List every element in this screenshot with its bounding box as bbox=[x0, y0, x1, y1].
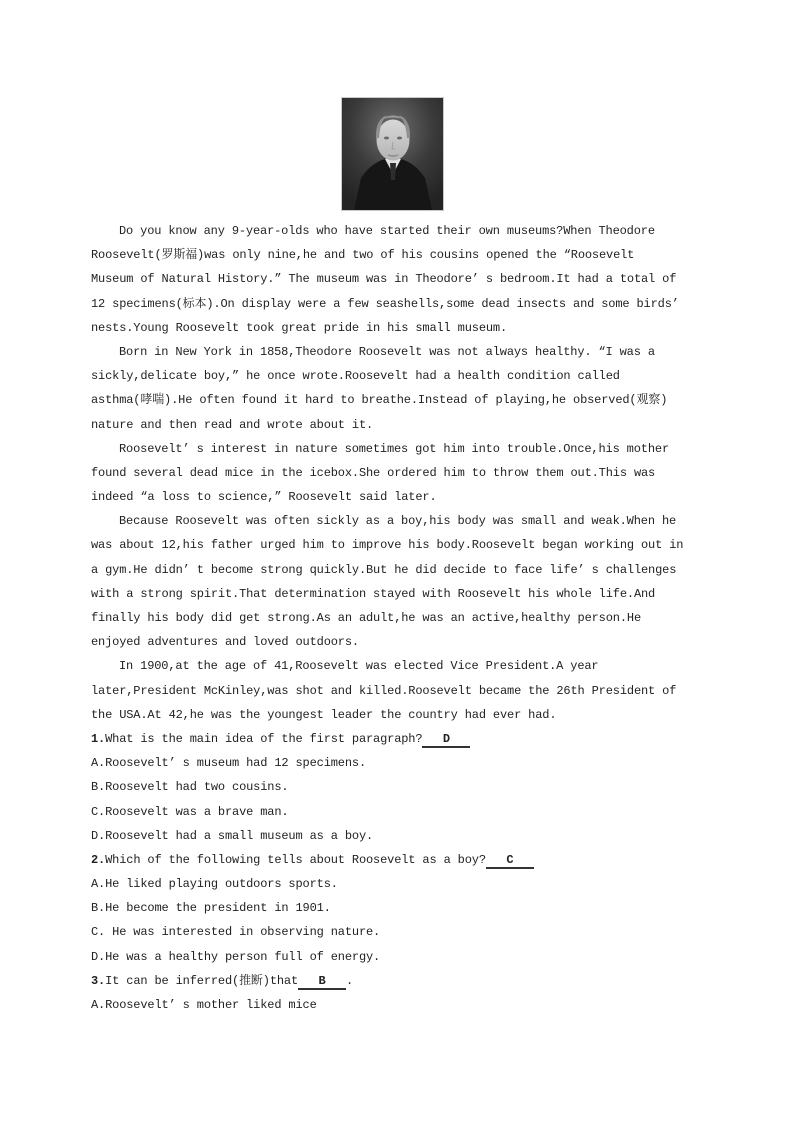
tie bbox=[390, 163, 396, 180]
question-number: 1. bbox=[91, 732, 105, 746]
eye-right bbox=[397, 137, 402, 140]
portrait-photo-illustration bbox=[342, 98, 443, 210]
question-2: 2.Which of the following tells about Roo… bbox=[91, 848, 721, 969]
passage-line: Because Roosevelt was often sickly as a … bbox=[91, 509, 721, 533]
answer-blank: B bbox=[298, 975, 346, 990]
passage-line: nature and then read and wrote about it. bbox=[91, 413, 721, 437]
option-line: B.Roosevelt had two cousins. bbox=[91, 775, 721, 799]
answer-letter: D bbox=[443, 732, 450, 746]
answer-blank: D bbox=[422, 733, 470, 748]
passage-line: later,President McKinley,was shot and ki… bbox=[91, 679, 721, 703]
option-line: D.Roosevelt had a small museum as a boy. bbox=[91, 824, 721, 848]
passage-line: finally his body did get strong.As an ad… bbox=[91, 606, 721, 630]
passage-line: Born in New York in 1858,Theodore Roosev… bbox=[91, 340, 721, 364]
question-text: It can be inferred(推断)that bbox=[105, 974, 298, 988]
option-line: C.Roosevelt was a brave man. bbox=[91, 800, 721, 824]
option-line: A.Roosevelt’ s museum had 12 specimens. bbox=[91, 751, 721, 775]
question-line: 1.What is the main idea of the first par… bbox=[91, 727, 721, 751]
passage-line: found several dead mice in the icebox.Sh… bbox=[91, 461, 721, 485]
passage-line: was about 12,his father urged him to imp… bbox=[91, 533, 721, 557]
question-number: 3. bbox=[91, 974, 105, 988]
passage-line: a gym.He didn’ t become strong quickly.B… bbox=[91, 558, 721, 582]
passage: Do you know any 9-year-olds who have sta… bbox=[91, 219, 721, 1017]
question-1: 1.What is the main idea of the first par… bbox=[91, 727, 721, 848]
passage-line: the USA.At 42,he was the youngest leader… bbox=[91, 703, 721, 727]
paragraph-1: Do you know any 9-year-olds who have sta… bbox=[91, 219, 721, 340]
passage-line: Roosevelt’ s interest in nature sometime… bbox=[91, 437, 721, 461]
answer-letter: C bbox=[506, 853, 513, 867]
option-line: A.He liked playing outdoors sports. bbox=[91, 872, 721, 896]
passage-line: Do you know any 9-year-olds who have sta… bbox=[91, 219, 721, 243]
question-text: What is the main idea of the first parag… bbox=[105, 732, 422, 746]
passage-line: nests.Young Roosevelt took great pride i… bbox=[91, 316, 721, 340]
paragraph-5: In 1900,at the age of 41,Roosevelt was e… bbox=[91, 654, 721, 727]
passage-line: with a strong spirit.That determination … bbox=[91, 582, 721, 606]
answer-letter: B bbox=[319, 974, 326, 988]
passage-line: Roosevelt(罗斯福)was only nine,he and two o… bbox=[91, 243, 721, 267]
paragraph-3: Roosevelt’ s interest in nature sometime… bbox=[91, 437, 721, 510]
paragraph-4: Because Roosevelt was often sickly as a … bbox=[91, 509, 721, 654]
paragraph-2: Born in New York in 1858,Theodore Roosev… bbox=[91, 340, 721, 437]
document-page: Do you know any 9-year-olds who have sta… bbox=[0, 0, 800, 1132]
portrait-photo bbox=[341, 97, 444, 211]
question-3: 3.It can be inferred(推断)thatB. A.Rooseve… bbox=[91, 969, 721, 1017]
passage-line: In 1900,at the age of 41,Roosevelt was e… bbox=[91, 654, 721, 678]
option-line: B.He become the president in 1901. bbox=[91, 896, 721, 920]
passage-line: asthma(哮喘).He often found it hard to bre… bbox=[91, 388, 721, 412]
passage-line: Museum of Natural History.” The museum w… bbox=[91, 267, 721, 291]
question-line: 3.It can be inferred(推断)thatB. bbox=[91, 969, 721, 993]
option-line: C. He was interested in observing nature… bbox=[91, 920, 721, 944]
answer-blank: C bbox=[486, 854, 534, 869]
option-line: A.Roosevelt’ s mother liked mice bbox=[91, 993, 721, 1017]
question-line: 2.Which of the following tells about Roo… bbox=[91, 848, 721, 872]
passage-line: enjoyed adventures and loved outdoors. bbox=[91, 630, 721, 654]
passage-line: indeed “a loss to science,” Roosevelt sa… bbox=[91, 485, 721, 509]
option-line: D.He was a healthy person full of energy… bbox=[91, 945, 721, 969]
question-text: Which of the following tells about Roose… bbox=[105, 853, 486, 867]
face bbox=[377, 120, 410, 161]
passage-line: sickly,delicate boy,” he once wrote.Roos… bbox=[91, 364, 721, 388]
question-suffix: . bbox=[346, 974, 353, 988]
eye-left bbox=[384, 137, 389, 140]
question-number: 2. bbox=[91, 853, 105, 867]
passage-line: 12 specimens(标本).On display were a few s… bbox=[91, 292, 721, 316]
